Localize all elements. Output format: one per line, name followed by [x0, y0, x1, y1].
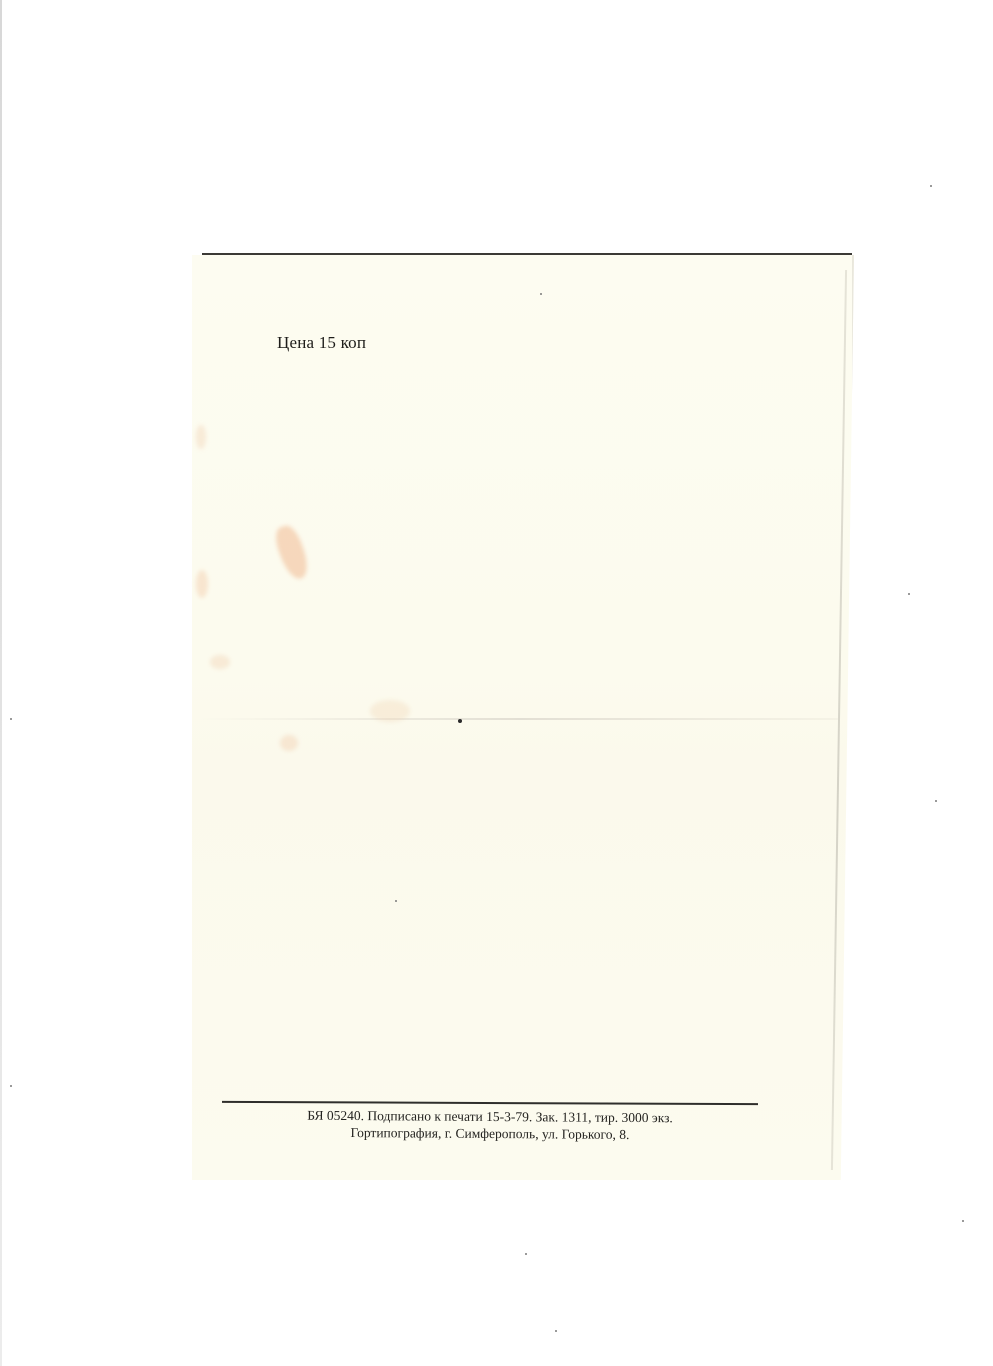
- dust-speck: [908, 593, 910, 595]
- dust-speck: [395, 900, 397, 902]
- dust-speck: [10, 718, 12, 720]
- fold-crease: [200, 718, 840, 720]
- dust-speck: [935, 800, 937, 802]
- ink-speck: [458, 719, 462, 723]
- scan-background: Цена 15 коп БЯ 05240. Подписано к печати…: [0, 0, 993, 1366]
- page-top-edge: [202, 253, 852, 255]
- paper-stain: [196, 570, 208, 598]
- paper-stain: [210, 655, 230, 669]
- paper-stain: [280, 735, 298, 751]
- printer-imprint: БЯ 05240. Подписано к печати 15-3-79. За…: [222, 1106, 758, 1144]
- dust-speck: [555, 1330, 557, 1332]
- scanner-edge: [0, 0, 2, 1366]
- dust-speck: [525, 1253, 527, 1255]
- dust-speck: [10, 1085, 12, 1087]
- dust-speck: [540, 293, 542, 295]
- paper-stain: [370, 700, 410, 722]
- paper-stain: [196, 425, 206, 449]
- price-label: Цена 15 коп: [277, 333, 366, 353]
- dust-speck: [930, 185, 932, 187]
- dust-speck: [962, 1220, 964, 1222]
